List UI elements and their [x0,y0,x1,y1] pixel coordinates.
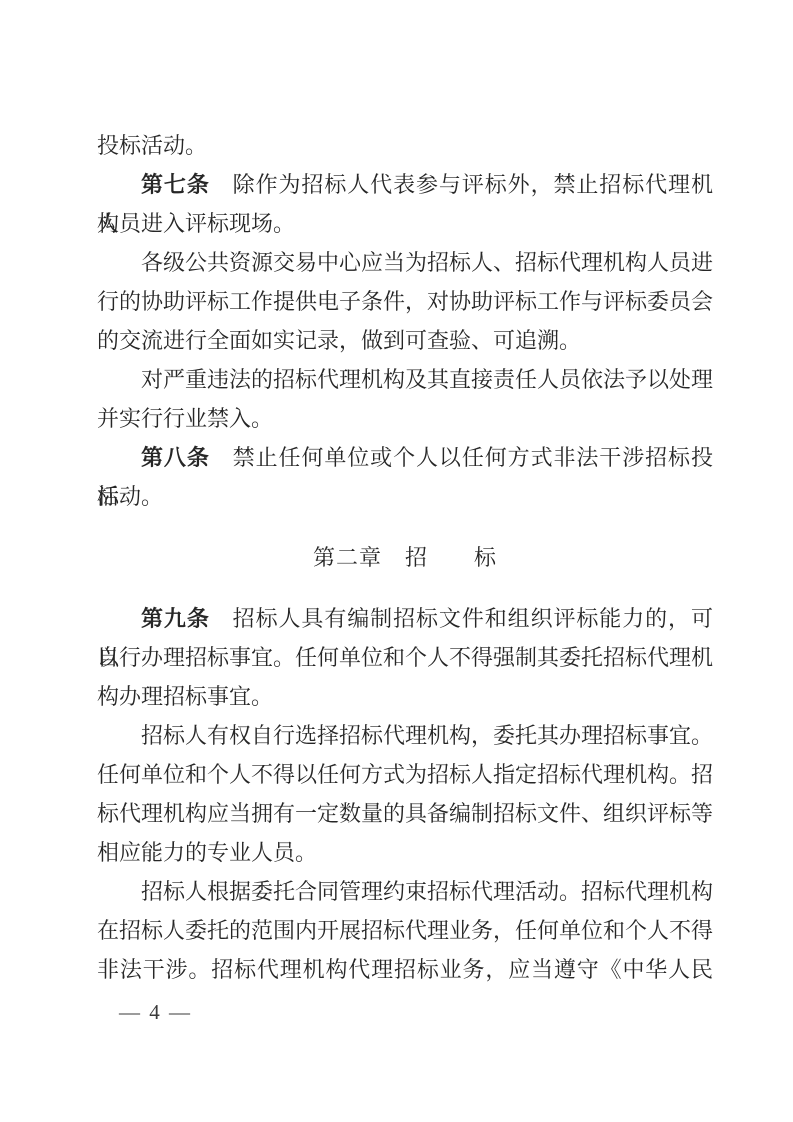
text-line: 的交流进行全面如实记录，做到可查验、可追溯。 [97,321,713,360]
text-line: 标代理机构应当拥有一定数量的具备编制招标文件、组织评标等 [97,794,713,833]
text-segment: 招标人根据委托合同管理约束招标代理活动。招标代理机构 [141,879,713,904]
text-line: 并实行行业禁入。 [97,399,713,438]
text-line: 第九条 招标人具有编制招标文件和组织评标能力的，可以 [97,599,713,638]
text-segment: 相应能力的专业人员。 [97,840,317,865]
article-number: 第七条 [141,172,210,197]
text-segment: 行的协助评标工作提供电子条件，对协助评标工作与评标委员会 [97,289,713,314]
text-line: 招标人有权自行选择招标代理机构，委托其办理招标事宜。 [97,716,713,755]
text-line: 对严重违法的招标代理机构及其直接责任人员依法予以处理 [97,360,713,399]
text-line: 相应能力的专业人员。 [97,833,713,872]
chapter-heading: 第二章 招 标 [97,538,713,577]
text-segment: 投标活动。 [97,133,207,158]
text-line: 自行办理招标事宜。任何单位和个人不得强制其委托招标代理机 [97,638,713,677]
text-line: 非法干涉。招标代理机构代理招标业务，应当遵守《中华人民 [97,950,713,989]
page-number: — 4 — [119,1000,192,1024]
text-segment: 的交流进行全面如实记录，做到可查验、可追溯。 [97,328,581,353]
text-line: 第七条 除作为招标人代表参与评标外，禁止招标代理机构 [97,165,713,204]
text-segment: 人员进入评标现场。 [97,211,295,236]
text-line: 人员进入评标现场。 [97,204,713,243]
text-line: 行的协助评标工作提供电子条件，对协助评标工作与评标委员会 [97,282,713,321]
text-segment: 并实行行业禁入。 [97,406,273,431]
document-page: 投标活动。第七条 除作为招标人代表参与评标外，禁止招标代理机构人员进入评标现场。… [0,0,793,1122]
text-line: 投标活动。 [97,126,713,165]
text-line: 活动。 [97,477,713,516]
text-segment: 活动。 [97,484,163,509]
text-line: 招标人根据委托合同管理约束招标代理活动。招标代理机构 [97,872,713,911]
text-segment: 标代理机构应当拥有一定数量的具备编制招标文件、组织评标等 [97,801,713,826]
text-segment: 构办理招标事宜。 [97,684,273,709]
article-number: 第八条 [141,445,210,470]
text-segment: 对严重违法的招标代理机构及其直接责任人员依法予以处理 [141,367,713,392]
text-segment: 招标人有权自行选择招标代理机构，委托其办理招标事宜。 [141,723,713,748]
text-segment: 任何单位和个人不得以任何方式为招标人指定招标代理机构。招 [97,762,713,787]
text-line: 各级公共资源交易中心应当为招标人、招标代理机构人员进 [97,243,713,282]
document-body: 投标活动。第七条 除作为招标人代表参与评标外，禁止招标代理机构人员进入评标现场。… [97,126,713,989]
article-number: 第九条 [141,606,210,631]
text-segment: 在招标人委托的范围内开展招标代理业务，任何单位和个人不得 [97,918,713,943]
text-line: 第八条 禁止任何单位或个人以任何方式非法干涉招标投标 [97,438,713,477]
text-segment: 非法干涉。招标代理机构代理招标业务，应当遵守《中华人民 [97,957,713,982]
text-segment: 各级公共资源交易中心应当为招标人、招标代理机构人员进 [141,250,713,275]
text-line: 构办理招标事宜。 [97,677,713,716]
text-segment: 第二章 招 标 [313,545,497,570]
text-line: 任何单位和个人不得以任何方式为招标人指定招标代理机构。招 [97,755,713,794]
text-line: 在招标人委托的范围内开展招标代理业务，任何单位和个人不得 [97,911,713,950]
text-segment: 自行办理招标事宜。任何单位和个人不得强制其委托招标代理机 [97,645,713,670]
